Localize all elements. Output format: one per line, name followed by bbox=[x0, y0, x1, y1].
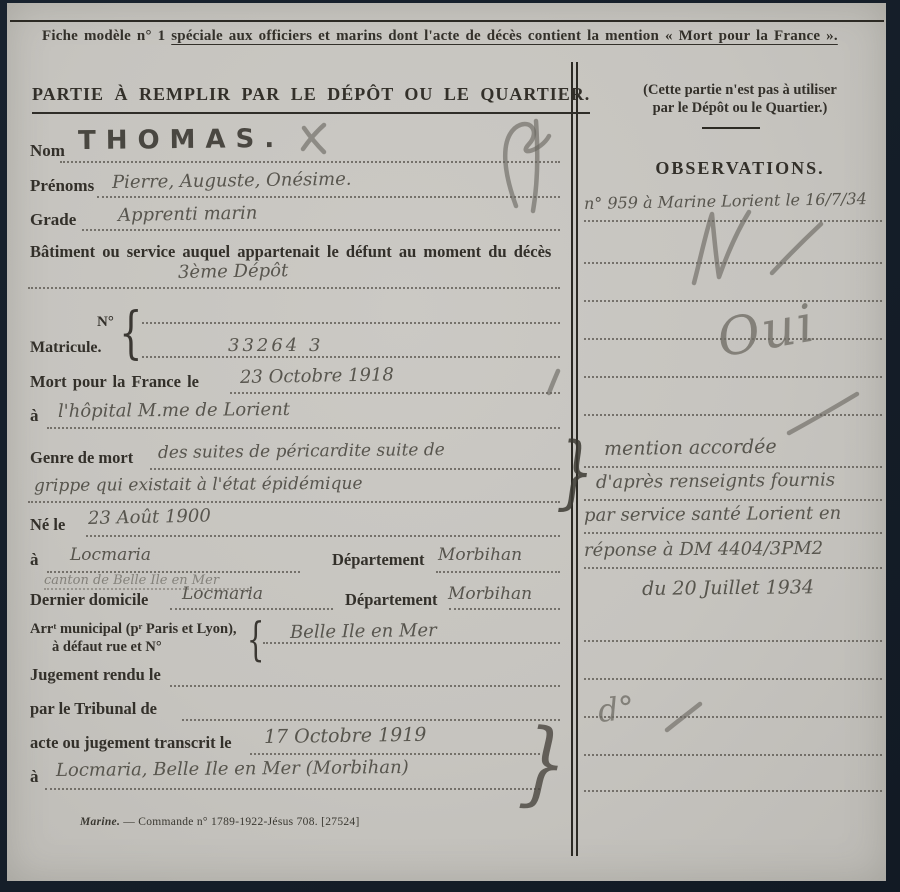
dotted-line bbox=[584, 790, 882, 792]
field-label-genre: Genre de mort bbox=[30, 448, 133, 468]
field-label-departement-2: Département bbox=[345, 590, 438, 610]
field-value-transcription: 17 Octobre 1919 bbox=[264, 724, 427, 748]
dotted-line bbox=[28, 287, 560, 289]
field-label-nom: Nom bbox=[30, 141, 65, 161]
field-label-domicile: Dernier domicile bbox=[30, 590, 148, 610]
left-section-title: PARTIE À REMPLIR PAR LE DÉPÔT OU LE QUAR… bbox=[32, 84, 590, 114]
field-label-arrondissement-2: à défaut rue et N° bbox=[52, 639, 162, 656]
dotted-line bbox=[584, 499, 882, 501]
dotted-line bbox=[150, 468, 560, 470]
field-value-batiment: 3ème Dépôt bbox=[178, 260, 289, 283]
mention-line-5: du 20 Juillet 1934 bbox=[642, 576, 814, 600]
field-label-prenoms: Prénoms bbox=[30, 176, 94, 196]
dotted-line bbox=[449, 608, 560, 610]
field-label-jugement: Jugement rendu le bbox=[30, 665, 161, 685]
top-border-rule bbox=[10, 20, 884, 22]
mention-line-3: par service santé Lorient en bbox=[584, 503, 841, 526]
arrondissement-brace: { bbox=[247, 616, 265, 662]
mention-line-2: d'après renseignts fournis bbox=[596, 469, 835, 493]
field-value-matricule: 33264 3 bbox=[228, 335, 323, 356]
dotted-line bbox=[584, 754, 882, 756]
dotted-line bbox=[436, 571, 560, 573]
dotted-line bbox=[97, 196, 560, 198]
dotted-line bbox=[142, 322, 560, 324]
field-value-arrondissement: Belle Ile en Mer bbox=[290, 620, 437, 643]
right-note-line1: (Cette partie n'est pas à utiliser bbox=[598, 82, 882, 99]
field-label-transcription: acte ou jugement transcrit le bbox=[30, 733, 232, 753]
dotted-line bbox=[584, 678, 882, 680]
dotted-line bbox=[584, 300, 882, 302]
dotted-line bbox=[142, 356, 560, 358]
dotted-line bbox=[47, 427, 560, 429]
field-label-lieu-naissance: à bbox=[30, 550, 39, 570]
field-value-genre-1: des suites de péricardite suite de bbox=[158, 440, 445, 463]
scanned-death-record-card: Fiche modèle n° 1 spéciale aux officiers… bbox=[0, 0, 900, 892]
field-label-grade: Grade bbox=[30, 210, 76, 230]
field-value-departement-2: Morbihan bbox=[448, 584, 532, 604]
handwritten-closing-brace: } bbox=[517, 716, 570, 811]
observations-title: OBSERVATIONS. bbox=[595, 158, 885, 179]
printer-imprint: Marine. — Commande n° 1789-1922-Jésus 70… bbox=[80, 816, 360, 828]
dotted-line bbox=[170, 608, 333, 610]
field-label-matricule: Matricule. bbox=[30, 339, 102, 357]
printer-imprint-rest: — Commande n° 1789-1922-Jésus 708. [2752… bbox=[120, 816, 360, 828]
printer-imprint-marine: Marine. bbox=[80, 816, 120, 828]
dotted-line bbox=[584, 532, 882, 534]
field-value-prenoms: Pierre, Auguste, Onésime. bbox=[112, 169, 352, 193]
field-label-matricule-no: N° bbox=[97, 314, 114, 331]
form-header: Fiche modèle n° 1 spéciale aux officiers… bbox=[42, 28, 872, 45]
form-header-underlined: spéciale aux officiers et marins dont l'… bbox=[171, 28, 838, 44]
matricule-brace: { bbox=[119, 306, 142, 362]
field-value-nom: THOMAS. bbox=[78, 124, 285, 156]
field-label-arrondissement-1: Arrᵗ municipal (pʳ Paris et Lyon), bbox=[30, 621, 237, 638]
field-label-mort: Mort pour la France le bbox=[30, 372, 199, 392]
right-note-separator bbox=[702, 127, 760, 129]
field-label-lieu-transcription: à bbox=[30, 767, 39, 787]
field-value-lieu-transcription: Locmaria, Belle Ile en Mer (Morbihan) bbox=[56, 757, 409, 781]
field-value-genre-2: grippe qui existait à l'état épidémique bbox=[34, 474, 363, 496]
dotted-line bbox=[584, 220, 882, 222]
field-label-naissance: Né le bbox=[30, 515, 65, 535]
field-value-naissance: 23 Août 1900 bbox=[88, 505, 211, 529]
field-label-departement-1: Département bbox=[332, 550, 425, 570]
field-value-departement-1: Morbihan bbox=[438, 545, 522, 565]
dotted-line bbox=[584, 376, 882, 378]
field-label-lieu-deces: à bbox=[30, 406, 39, 426]
field-value-mort: 23 Octobre 1918 bbox=[240, 364, 394, 388]
field-label-batiment: Bâtiment ou service auquel appartenait l… bbox=[30, 242, 570, 262]
right-note-line2: par le Dépôt ou le Quartier.) bbox=[598, 100, 882, 117]
dotted-line bbox=[584, 640, 882, 642]
field-label-tribunal: par le Tribunal de bbox=[30, 699, 157, 719]
field-value-lieu-naissance: Locmaria bbox=[70, 545, 151, 565]
dotted-line bbox=[250, 753, 540, 755]
dotted-line bbox=[28, 501, 560, 503]
observation-ditto-pencil: d° bbox=[596, 688, 636, 730]
dotted-line bbox=[82, 229, 560, 231]
field-value-domicile: Locmaria bbox=[182, 584, 263, 604]
dotted-line bbox=[60, 161, 560, 163]
form-header-prefix: Fiche modèle n° 1 bbox=[42, 28, 171, 44]
mention-line-1: mention accordée bbox=[604, 436, 777, 460]
dotted-line bbox=[170, 685, 560, 687]
field-value-lieu-deces: l'hôpital M.me de Lorient bbox=[58, 399, 290, 422]
dotted-line bbox=[584, 466, 882, 468]
dotted-line bbox=[45, 788, 540, 790]
dotted-line bbox=[86, 535, 560, 537]
dotted-line bbox=[584, 262, 882, 264]
dotted-line bbox=[584, 414, 882, 416]
dotted-line bbox=[182, 719, 560, 721]
mention-line-4: réponse à DM 4404/3PM2 bbox=[584, 538, 823, 561]
dotted-line bbox=[230, 392, 560, 394]
dotted-line bbox=[584, 567, 882, 569]
field-value-grade: Apprenti marin bbox=[118, 203, 258, 226]
